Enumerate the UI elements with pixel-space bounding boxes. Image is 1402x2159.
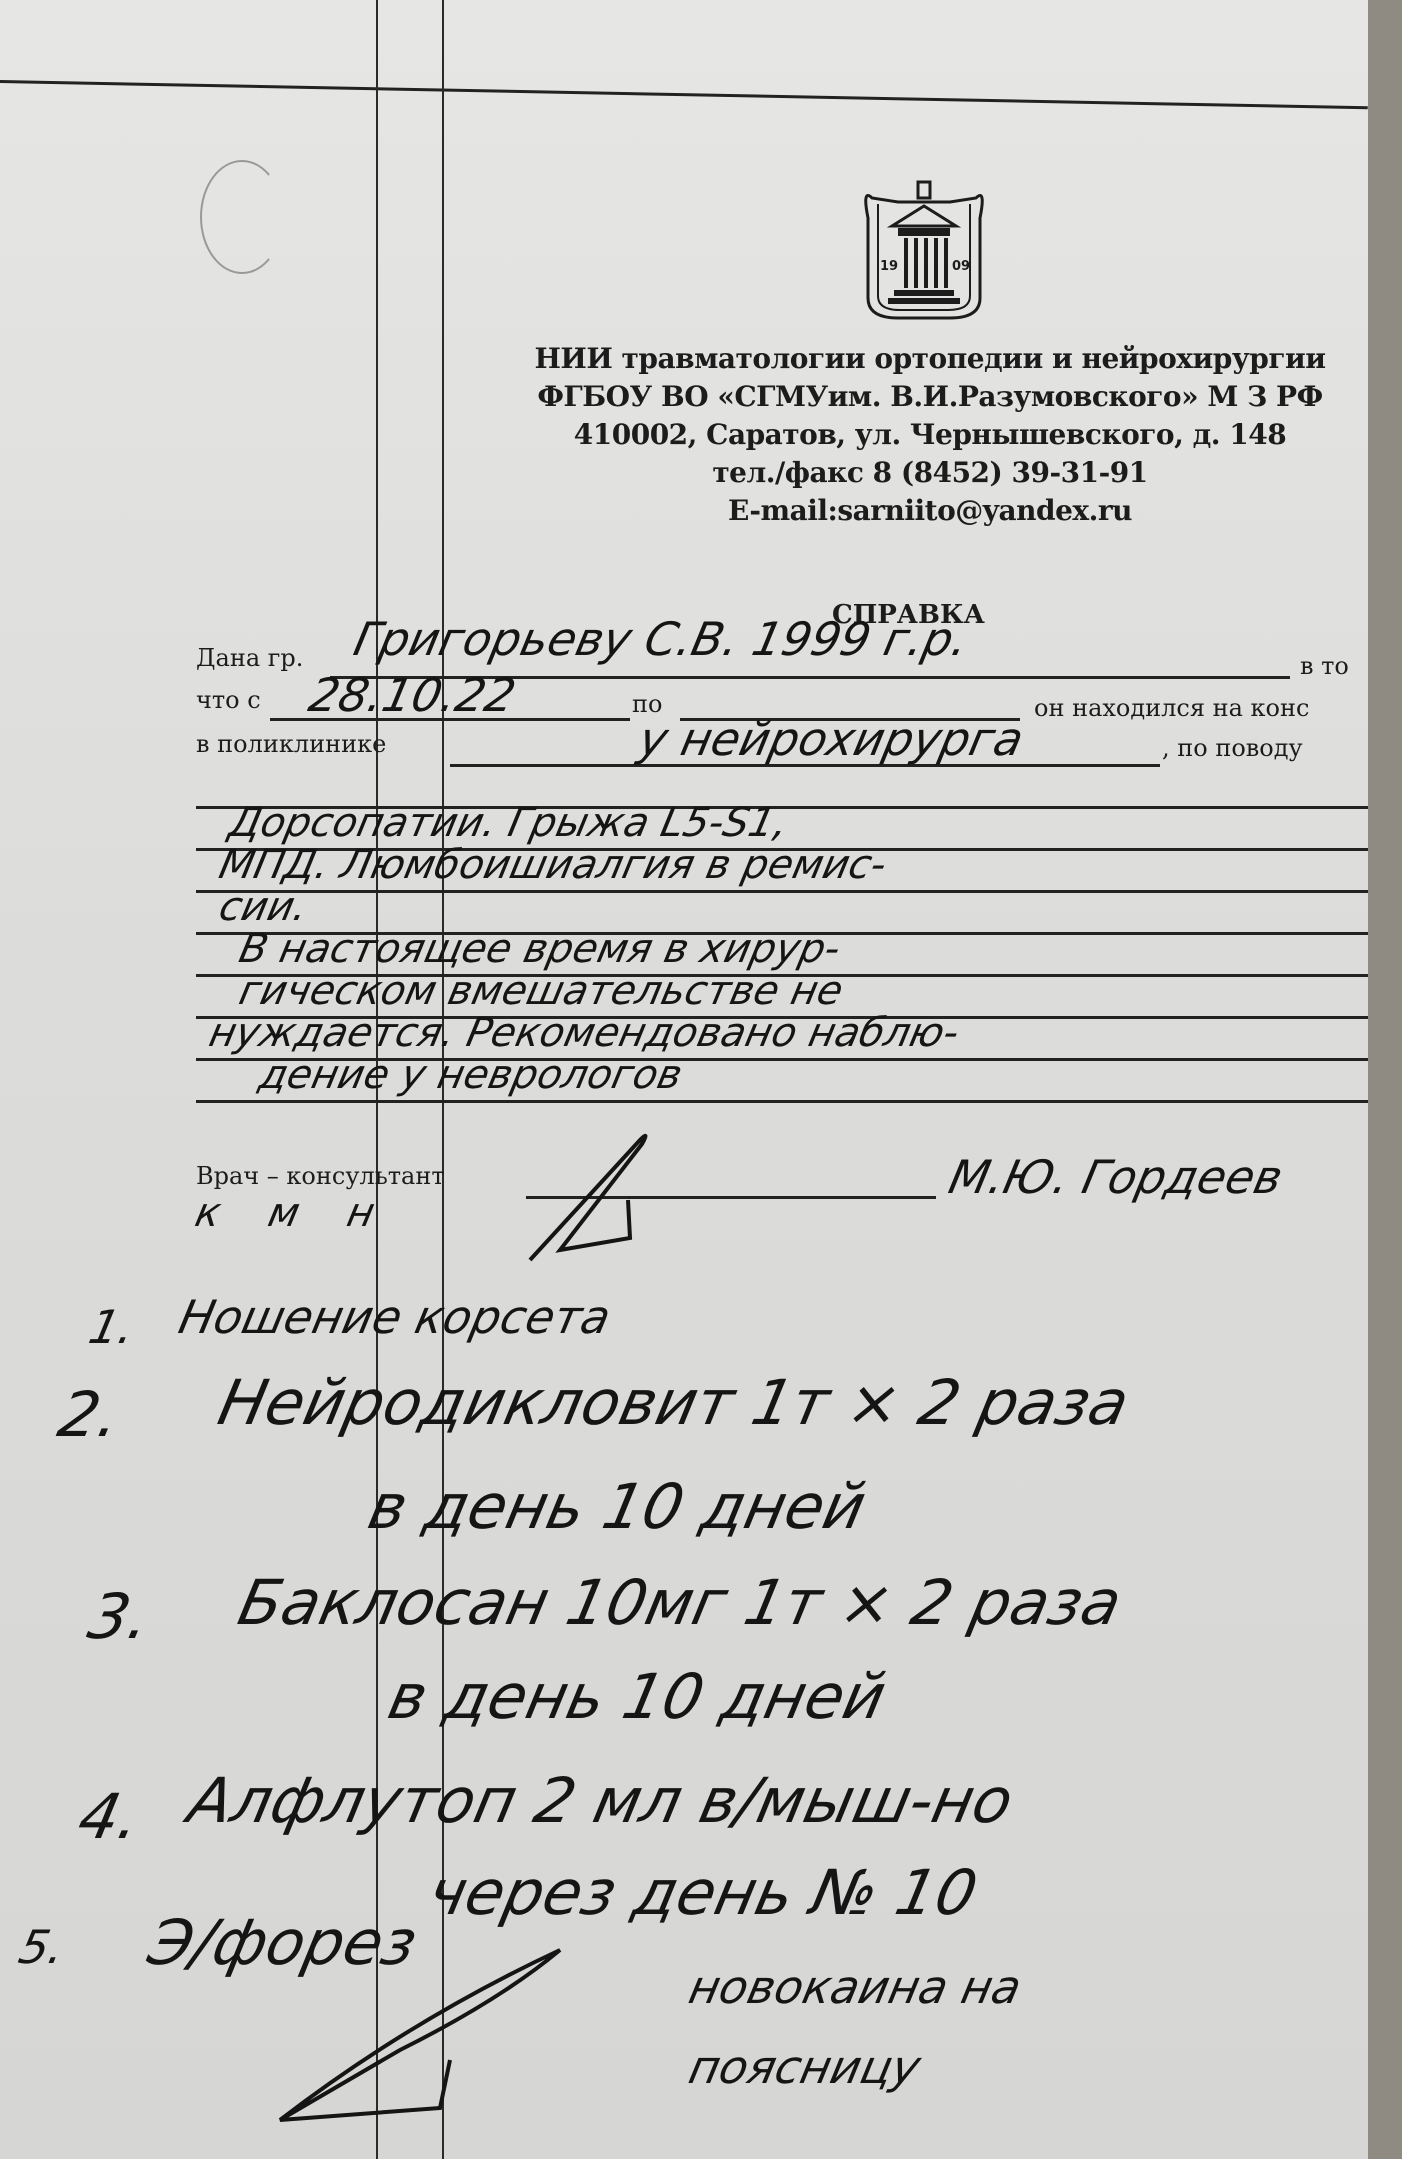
document-page: 19 09 НИИ травматологии ортопедии и нейр…: [0, 0, 1368, 2159]
header-line: E-mail:sarniito@yandex.ru: [480, 492, 1380, 530]
given-suffix: в то: [1300, 652, 1349, 680]
prescription-num: 1.: [84, 1300, 139, 1354]
patient-name-handwritten: Григорьеву С.В. 1999 г.р.: [349, 612, 973, 666]
prescription-item: Баклосан 10мг 1т × 2 раза: [232, 1566, 1128, 1639]
prescription-num: 2.: [52, 1378, 127, 1451]
pencil-mark: [200, 160, 284, 274]
prescription-sub: в день 10 дней: [382, 1660, 892, 1733]
institution-header: НИИ травматологии ортопедии и нейрохирур…: [480, 340, 1380, 530]
diagnosis-line: Дорсопатии. Грыжа L5-S1,: [225, 800, 792, 846]
prescription-item: Ношение корсета: [174, 1290, 615, 1344]
clinic-label: в поликлинике: [196, 730, 386, 758]
consult-label: он находился на конс: [1034, 694, 1309, 722]
diagnosis-line: сии.: [215, 884, 311, 930]
header-line: ФГБОУ ВО «СГМУим. В.И.Разумовского» М З …: [480, 378, 1380, 416]
prescription-sub: через день № 10: [422, 1856, 983, 1929]
diagnosis-line: В настоящее время в хирур-: [235, 926, 844, 972]
doctor-degree: к м н: [191, 1190, 397, 1236]
doctor-label: Врач – консультант: [196, 1162, 445, 1190]
doctor-name-handwritten: М.Ю. Гордеев: [944, 1150, 1287, 1204]
diagnosis-line: дение у неврологов: [255, 1052, 686, 1098]
clinic-handwritten: у нейрохирурга: [634, 712, 1028, 766]
reason-label: , по поводу: [1162, 734, 1303, 762]
diagnosis-line: гическом вмешательстве не: [235, 968, 847, 1014]
prescription-num: 4.: [72, 1780, 147, 1853]
university-emblem-icon: 19 09: [858, 178, 990, 328]
diagnosis-line: нуждается. Рекомендовано наблю-: [205, 1010, 963, 1056]
header-line: тел./факс 8 (8452) 39-31-91: [480, 454, 1380, 492]
signature-icon: [260, 1940, 580, 2140]
ruled-line: [196, 1100, 1368, 1103]
ruled-line: [196, 890, 1368, 893]
svg-text:09: 09: [952, 259, 970, 274]
prescription-num: 5.: [14, 1920, 69, 1974]
diagnosis-line: МПД. Люмбоишиалгия в ремис-: [215, 842, 890, 888]
given-label: Дана гр.: [196, 644, 303, 672]
prescription-item: Алфлутоп 2 мл в/мыш-но: [182, 1764, 1019, 1837]
from-label: что с: [196, 686, 261, 714]
from-date-handwritten: 28.10.22: [304, 668, 520, 722]
prescription-item: Нейродикловит 1т × 2 раза: [212, 1366, 1135, 1439]
top-rule: [0, 80, 1368, 109]
svg-text:19: 19: [880, 259, 898, 274]
prescription-sub: поясницу: [684, 2040, 925, 2094]
prescription-num: 3.: [82, 1580, 157, 1653]
prescription-sub: новокаина на: [684, 1960, 1026, 2014]
header-line: 410002, Саратов, ул. Чернышевского, д. 1…: [480, 416, 1380, 454]
header-line: НИИ травматологии ортопедии и нейрохирур…: [480, 340, 1380, 378]
signature-icon: [520, 1120, 700, 1270]
prescription-sub: в день 10 дней: [362, 1470, 872, 1543]
